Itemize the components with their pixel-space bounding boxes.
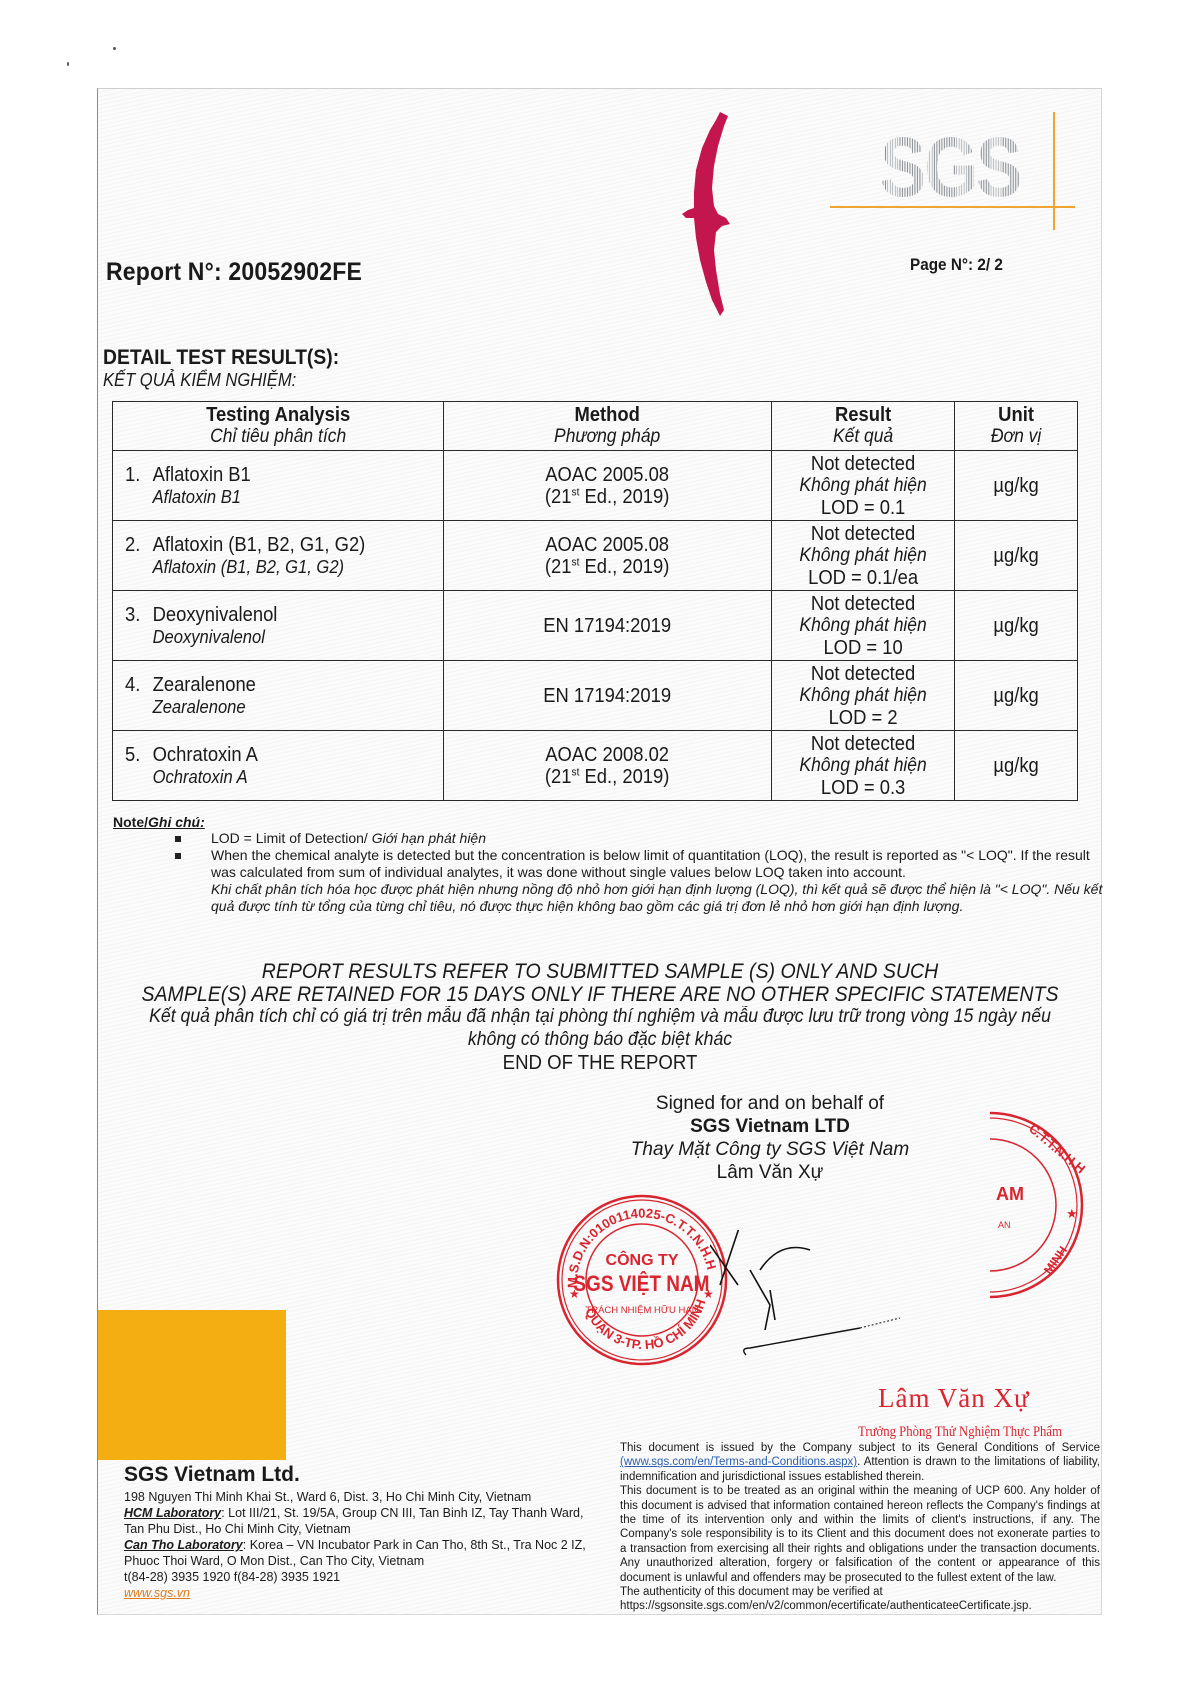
method-name: AOAC 2005.08 bbox=[457, 534, 757, 556]
header-main: Unit bbox=[960, 404, 1072, 426]
hcm-lab-address: HCM Laboratory: Lot III/21, St. 19/5A, G… bbox=[124, 1505, 594, 1537]
result-cell: Not detected Không phát hiện LOD = 0.1 bbox=[771, 451, 954, 521]
header-unit: UnitĐơn vị bbox=[954, 402, 1077, 451]
lod-value: LOD = 0.3 bbox=[779, 777, 947, 799]
analysis-name: Deoxynivalenol bbox=[153, 604, 278, 626]
method-name: EN 17194:2019 bbox=[457, 615, 757, 637]
page-number-label: Page N°: bbox=[910, 255, 973, 274]
analysis-name: Ochratoxin A bbox=[153, 744, 258, 766]
cantho-lab-label: Can Tho Laboratory bbox=[124, 1538, 243, 1552]
unit-value: µg/kg bbox=[960, 615, 1072, 637]
method-name: AOAC 2005.08 bbox=[457, 464, 757, 486]
note-text: LOD = Limit of Detection/ bbox=[211, 830, 372, 846]
scan-speck bbox=[113, 47, 116, 50]
header-testing-analysis: Testing AnalysisChỉ tiêu phân tích bbox=[113, 402, 444, 451]
result-value-vn: Không phát hiện bbox=[779, 615, 947, 637]
analysis-cell: 3.Deoxynivalenol Deoxynivalenol bbox=[113, 591, 444, 661]
phone-fax: t(84-28) 3935 1920 f(84-28) 3935 1921 bbox=[124, 1569, 594, 1585]
result-value-vn: Không phát hiện bbox=[779, 685, 947, 707]
unit-value: µg/kg bbox=[960, 685, 1072, 707]
svg-text:SGS VIỆT NAM: SGS VIỆT NAM bbox=[573, 1271, 709, 1297]
analysis-name: Aflatoxin (B1, B2, G1, G2) bbox=[153, 534, 366, 556]
footer-address-block: 198 Nguyen Thi Minh Khai St., Ward 6, Di… bbox=[124, 1489, 594, 1601]
logo-accent-line bbox=[830, 206, 1075, 208]
lod-value: LOD = 0.1 bbox=[779, 497, 947, 519]
notes-title: Note/Ghi chú: bbox=[113, 814, 205, 830]
analysis-name: Aflatoxin B1 bbox=[153, 464, 251, 486]
note-item: When the chemical analyte is detected bu… bbox=[175, 847, 1105, 915]
handwritten-signature bbox=[710, 1230, 910, 1370]
signer-company: SGS Vietnam LTD bbox=[600, 1115, 940, 1138]
signer-name-stamp: Lâm Văn Xự bbox=[878, 1383, 1030, 1414]
sgs-logo: SGS bbox=[880, 125, 1050, 210]
note-text: When the chemical analyte is detected bu… bbox=[211, 847, 1090, 880]
statement-line-vn: không có thông báo đặc biệt khác bbox=[135, 1029, 1065, 1051]
svg-text:C.T.T.N.H.H: C.T.T.N.H.H bbox=[1026, 1121, 1088, 1177]
notes-title-vn: Ghi chú: bbox=[148, 814, 205, 830]
unit-cell: µg/kg bbox=[954, 591, 1077, 661]
svg-text:★: ★ bbox=[569, 1287, 580, 1301]
terms-paragraph: This document is to be treated as an ori… bbox=[620, 1484, 1100, 1585]
result-value: Not detected bbox=[779, 733, 947, 755]
website-link[interactable]: www.sgs.vn bbox=[124, 1586, 190, 1600]
unit-cell: µg/kg bbox=[954, 661, 1077, 731]
header-sub: Phương pháp bbox=[457, 426, 757, 448]
result-cell: Not detected Không phát hiện LOD = 0.3 bbox=[771, 731, 954, 801]
bullet-icon bbox=[175, 853, 181, 859]
signed-for-label: Signed for and on behalf of bbox=[600, 1092, 940, 1115]
svg-text:★: ★ bbox=[1066, 1206, 1078, 1221]
header-sub: Kết quả bbox=[779, 426, 947, 448]
company-stamp-icon: M.S.D.N:0100114025-C.T.T.N.H.H QUẬN 3-TP… bbox=[555, 1193, 730, 1368]
lod-value: LOD = 2 bbox=[779, 707, 947, 729]
method-cell: AOAC 2005.08 (21st Ed., 2019) bbox=[444, 521, 771, 591]
terms-link[interactable]: (www.sgs.com/en/Terms-and-Conditions.asp… bbox=[620, 1456, 857, 1468]
header-main: Method bbox=[457, 404, 757, 426]
header-sub: Đơn vị bbox=[960, 426, 1072, 448]
result-value: Not detected bbox=[779, 593, 947, 615]
analysis-name-vn: Zearalenone bbox=[125, 696, 418, 718]
analysis-name-vn: Aflatoxin (B1, B2, G1, G2) bbox=[125, 556, 418, 578]
analysis-cell: 4.Zearalenone Zearalenone bbox=[113, 661, 444, 731]
method-cell: AOAC 2005.08 (21st Ed., 2019) bbox=[444, 451, 771, 521]
method-edition: (21st Ed., 2019) bbox=[457, 556, 757, 578]
header-method: MethodPhương pháp bbox=[444, 402, 771, 451]
analysis-name-vn: Aflatoxin B1 bbox=[125, 486, 418, 508]
signer-title-stamp: Trưởng Phòng Thử Nghiệm Thực Phẩm bbox=[858, 1424, 1062, 1441]
company-address: 198 Nguyen Thi Minh Khai St., Ward 6, Di… bbox=[124, 1489, 594, 1505]
row-number: 5. bbox=[125, 744, 153, 766]
footer-company-name: SGS Vietnam Ltd. bbox=[124, 1463, 300, 1487]
method-edition: (21st Ed., 2019) bbox=[457, 766, 757, 788]
terms-paragraph: The authenticity of this document may be… bbox=[620, 1585, 1100, 1599]
result-cell: Not detected Không phát hiện LOD = 0.1/e… bbox=[771, 521, 954, 591]
edge-stamp-icon: C.T.T.N.H.H AM AN MINH ★ bbox=[990, 1100, 1100, 1310]
lod-value: LOD = 10 bbox=[779, 637, 947, 659]
unit-value: µg/kg bbox=[960, 545, 1072, 567]
result-cell: Not detected Không phát hiện LOD = 2 bbox=[771, 661, 954, 731]
notes-title-en: Note/ bbox=[113, 814, 148, 830]
table-row: 4.Zearalenone Zearalenone EN 17194:2019 … bbox=[113, 661, 1078, 731]
analysis-cell: 1.Aflatoxin B1 Aflatoxin B1 bbox=[113, 451, 444, 521]
report-number-label: Report N°: bbox=[106, 258, 222, 286]
statement-line: REPORT RESULTS REFER TO SUBMITTED SAMPLE… bbox=[135, 960, 1065, 984]
result-value: Not detected bbox=[779, 453, 947, 475]
report-number: Report N°: 20052902FE bbox=[106, 258, 362, 287]
notes-list: LOD = Limit of Detection/ Giới hạn phát … bbox=[175, 830, 1105, 915]
svg-text:AN: AN bbox=[998, 1220, 1011, 1230]
section-title: DETAIL TEST RESULT(S): bbox=[103, 346, 339, 370]
sgs-logo-text: SGS bbox=[880, 125, 1021, 210]
svg-text:AM: AM bbox=[996, 1184, 1024, 1204]
eagle-icon bbox=[650, 110, 770, 320]
row-number: 1. bbox=[125, 464, 153, 486]
statement-line: SAMPLE(S) ARE RETAINED FOR 15 DAYS ONLY … bbox=[135, 983, 1065, 1007]
note-text-vn: Khi chất phân tích hóa học được phát hiệ… bbox=[211, 881, 1102, 914]
result-value: Not detected bbox=[779, 663, 947, 685]
logo-accent-vline bbox=[1053, 112, 1055, 230]
row-number: 4. bbox=[125, 674, 153, 696]
method-name: EN 17194:2019 bbox=[457, 685, 757, 707]
table-row: 2.Aflatoxin (B1, B2, G1, G2) Aflatoxin (… bbox=[113, 521, 1078, 591]
result-value: Not detected bbox=[779, 523, 947, 545]
row-number: 2. bbox=[125, 534, 153, 556]
method-cell: EN 17194:2019 bbox=[444, 591, 771, 661]
header-main: Testing Analysis bbox=[126, 404, 430, 426]
header-main: Result bbox=[779, 404, 947, 426]
header-sub: Chỉ tiêu phân tích bbox=[126, 426, 430, 448]
result-value-vn: Không phát hiện bbox=[779, 755, 947, 777]
method-cell: AOAC 2008.02 (21st Ed., 2019) bbox=[444, 731, 771, 801]
unit-cell: µg/kg bbox=[954, 731, 1077, 801]
analysis-name-vn: Deoxynivalenol bbox=[125, 626, 418, 648]
terms-block: This document is issued by the Company s… bbox=[620, 1441, 1100, 1614]
header-result: ResultKết quả bbox=[771, 402, 954, 451]
table-row: 1.Aflatoxin B1 Aflatoxin B1 AOAC 2005.08… bbox=[113, 451, 1078, 521]
unit-value: µg/kg bbox=[960, 755, 1072, 777]
analysis-cell: 5.Ochratoxin A Ochratoxin A bbox=[113, 731, 444, 801]
unit-value: µg/kg bbox=[960, 475, 1072, 497]
note-text-vn: Giới hạn phát hiện bbox=[372, 830, 486, 846]
analysis-cell: 2.Aflatoxin (B1, B2, G1, G2) Aflatoxin (… bbox=[113, 521, 444, 591]
page-number-value: 2/ 2 bbox=[977, 255, 1003, 274]
verification-link[interactable]: https://sgsonsite.sgs.com/en/v2/common/e… bbox=[620, 1599, 1100, 1613]
scan-speck bbox=[67, 62, 69, 66]
page-number: Page N°: 2/ 2 bbox=[910, 255, 1003, 275]
svg-text:TRÁCH NHIỆM HỮU HẠN: TRÁCH NHIỆM HỮU HẠN bbox=[585, 1305, 698, 1316]
report-number-value: 20052902FE bbox=[228, 258, 362, 286]
signature-block: Signed for and on behalf of SGS Vietnam … bbox=[600, 1092, 940, 1184]
result-cell: Not detected Không phát hiện LOD = 10 bbox=[771, 591, 954, 661]
signer-name: Lâm Văn Xự bbox=[600, 1161, 940, 1184]
method-cell: EN 17194:2019 bbox=[444, 661, 771, 731]
method-name: AOAC 2008.02 bbox=[457, 744, 757, 766]
hcm-lab-label: HCM Laboratory bbox=[124, 1506, 221, 1520]
statement-line-vn: Kết quả phân tích chỉ có giá trị trên mẫ… bbox=[135, 1006, 1065, 1028]
analysis-name-vn: Ochratoxin A bbox=[125, 766, 418, 788]
bullet-icon bbox=[175, 836, 181, 842]
unit-cell: µg/kg bbox=[954, 451, 1077, 521]
results-table: Testing AnalysisChỉ tiêu phân tích Metho… bbox=[112, 401, 1078, 801]
table-header-row: Testing AnalysisChỉ tiêu phân tích Metho… bbox=[113, 402, 1078, 451]
section-subtitle: KẾT QUẢ KIỂM NGHIỆM: bbox=[103, 370, 296, 391]
footer-orange-block bbox=[98, 1310, 286, 1460]
method-edition: (21st Ed., 2019) bbox=[457, 486, 757, 508]
result-value-vn: Không phát hiện bbox=[779, 545, 947, 567]
table-row: 5.Ochratoxin A Ochratoxin A AOAC 2008.02… bbox=[113, 731, 1078, 801]
svg-text:CÔNG TY: CÔNG TY bbox=[606, 1250, 679, 1269]
table-row: 3.Deoxynivalenol Deoxynivalenol EN 17194… bbox=[113, 591, 1078, 661]
note-item: LOD = Limit of Detection/ Giới hạn phát … bbox=[175, 830, 1105, 847]
signer-company-vn: Thay Mặt Công ty SGS Việt Nam bbox=[600, 1138, 940, 1161]
analysis-name: Zearalenone bbox=[153, 674, 256, 696]
row-number: 3. bbox=[125, 604, 153, 626]
cantho-lab-address: Can Tho Laboratory: Korea – VN Incubator… bbox=[124, 1537, 594, 1569]
terms-paragraph: This document is issued by the Company s… bbox=[620, 1441, 1100, 1484]
result-value-vn: Không phát hiện bbox=[779, 475, 947, 497]
unit-cell: µg/kg bbox=[954, 521, 1077, 591]
lod-value: LOD = 0.1/ea bbox=[779, 567, 947, 589]
terms-text: This document is issued by the Company s… bbox=[620, 1442, 1100, 1454]
end-of-report: END OF THE REPORT bbox=[135, 1052, 1065, 1075]
